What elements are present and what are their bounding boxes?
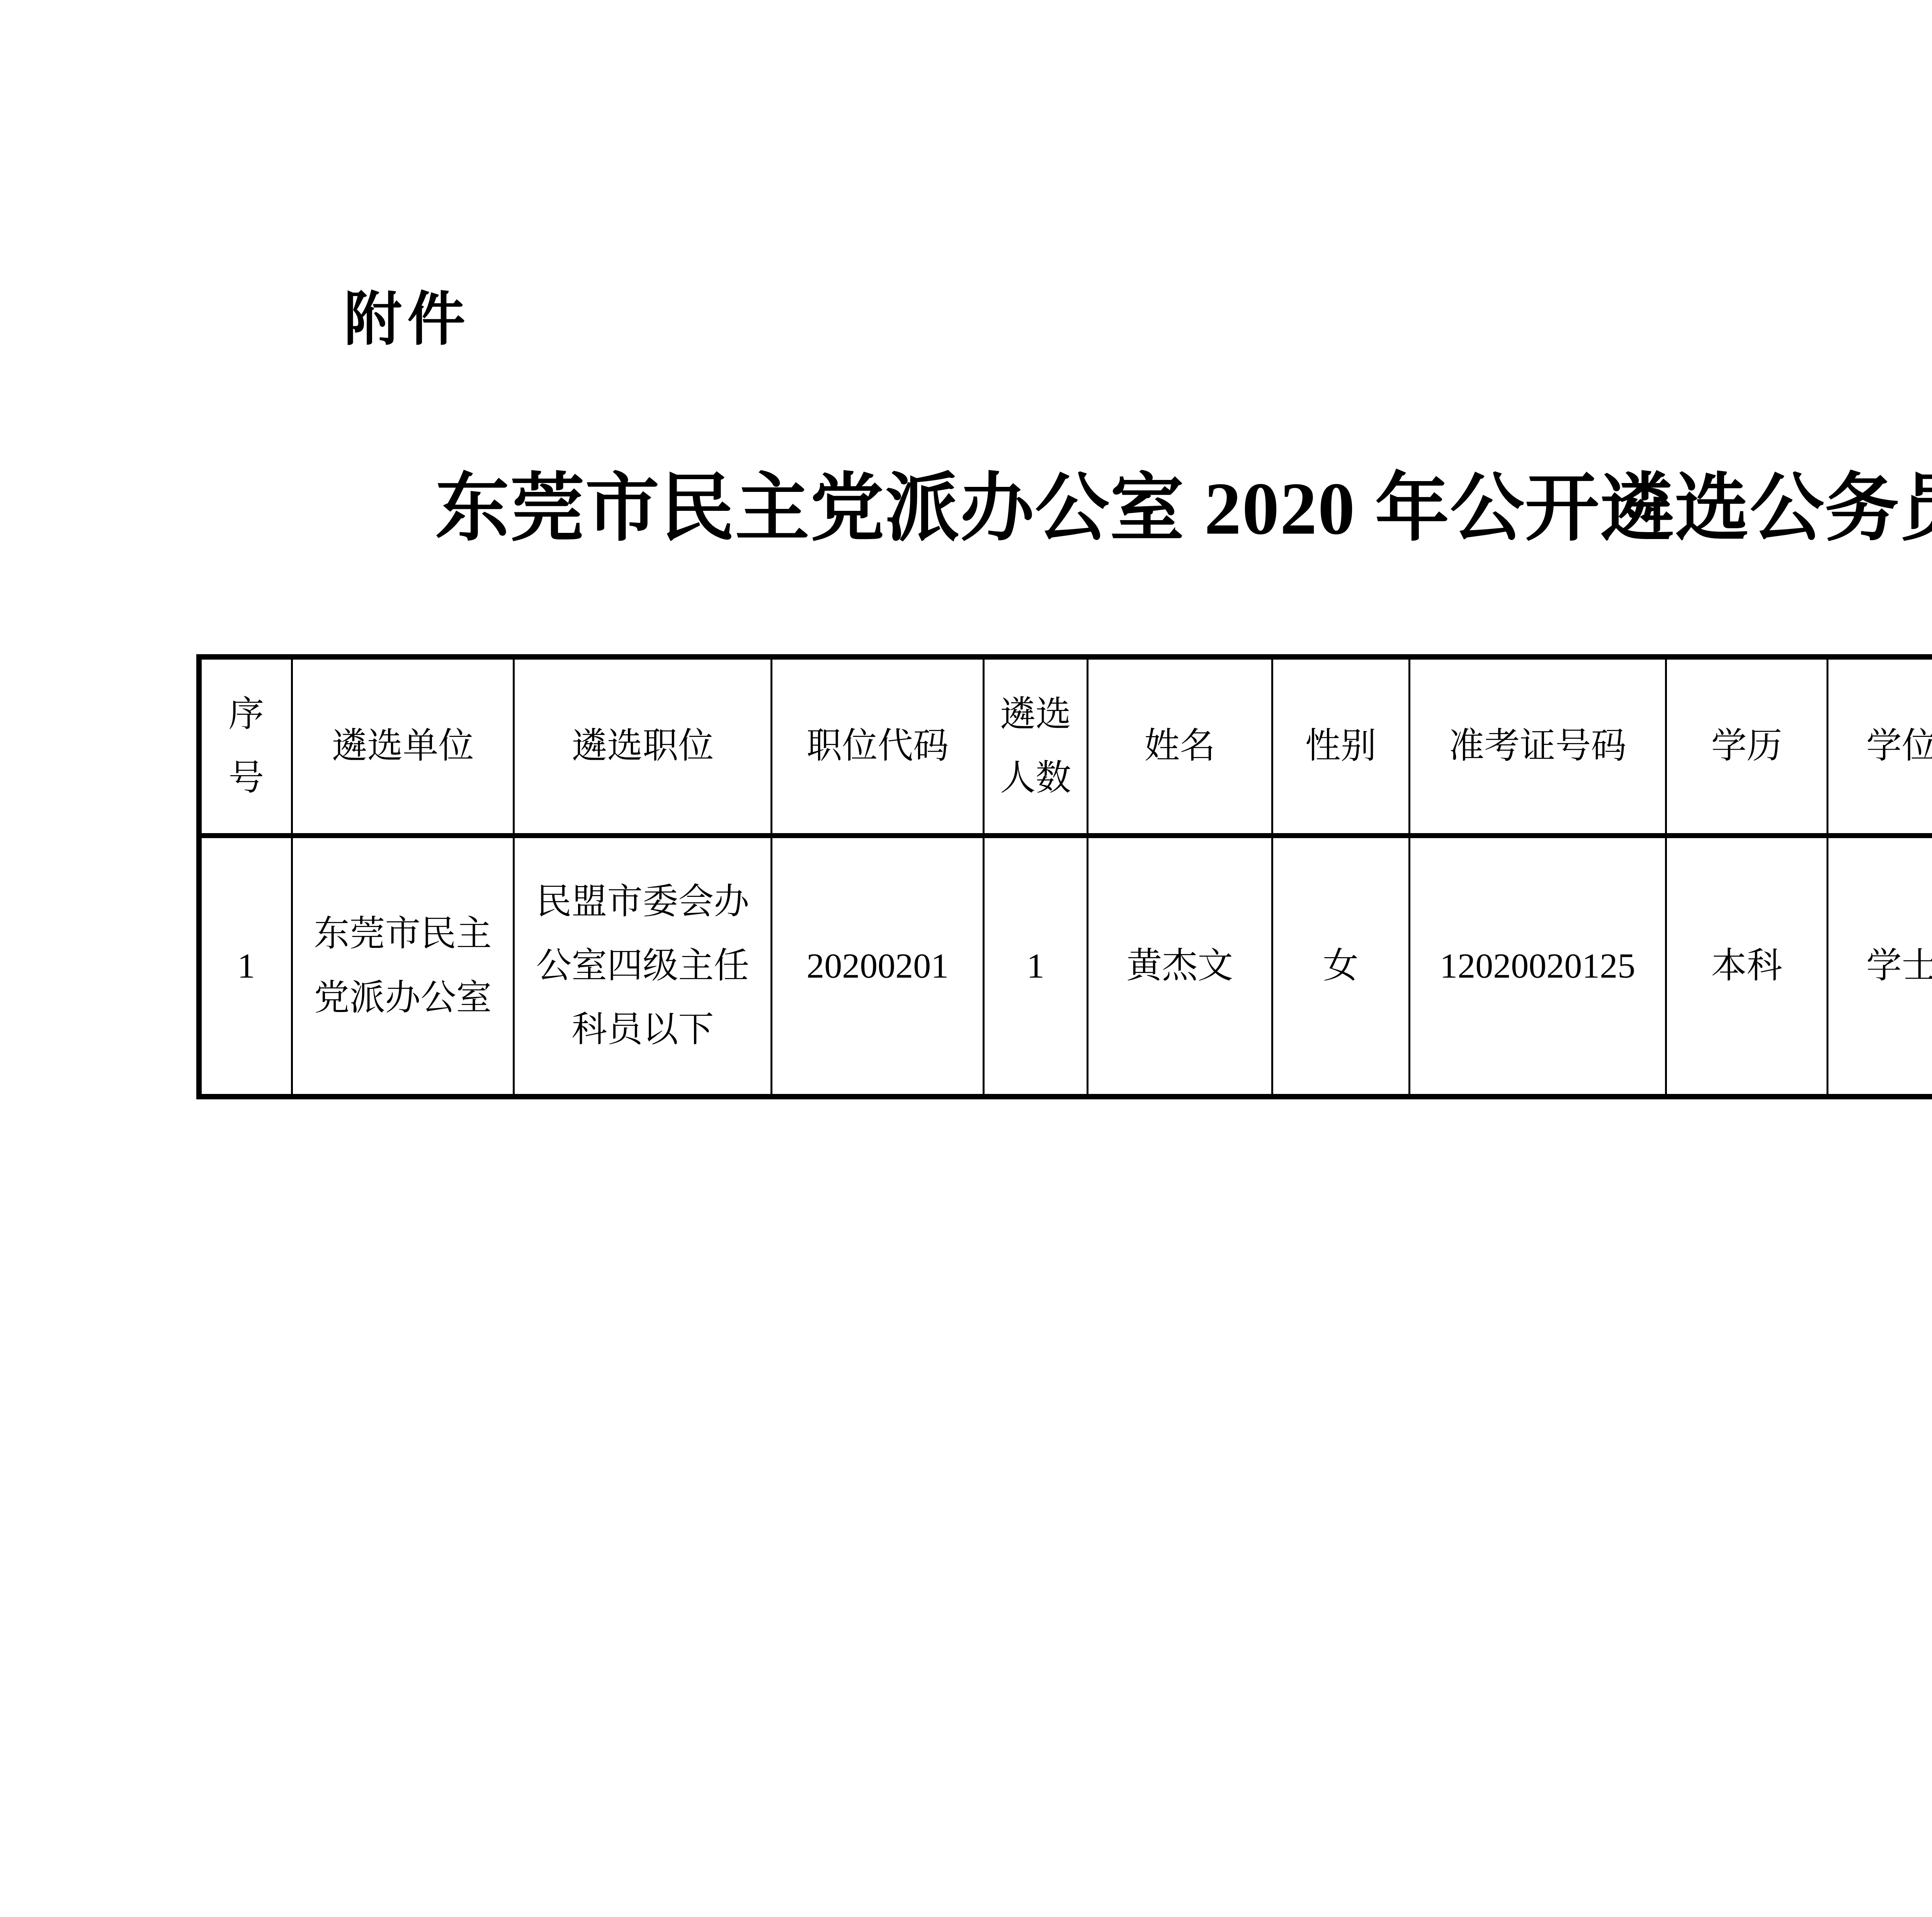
header-gender: 性别 [1272, 657, 1409, 835]
cell-name: 黄杰文 [1087, 835, 1272, 1097]
header-name: 姓名 [1087, 657, 1272, 835]
header-selection-unit: 遴选单位 [292, 657, 514, 835]
attachment-label: 附件 [344, 272, 471, 356]
page-title: 东莞市民主党派办公室 2020 年公开遴选公务员拟转任人选 [0, 448, 1932, 555]
cell-degree: 学士 [1828, 835, 1932, 1097]
candidate-table: 序 号 遴选单位 遴选职位 职位代码 遴选 人数 姓名 性别 准考证号码 学历 … [196, 654, 1932, 1099]
header-selection-position: 遴选职位 [514, 657, 772, 835]
table-data-row: 1 东莞市民主 党派办公室 民盟市委会办 公室四级主任 科员以下 2020020… [199, 835, 1932, 1097]
header-education: 学历 [1666, 657, 1827, 835]
header-ticket-number: 准考证号码 [1409, 657, 1666, 835]
cell-selection-position: 民盟市委会办 公室四级主任 科员以下 [514, 835, 772, 1097]
table-header-row: 序 号 遴选单位 遴选职位 职位代码 遴选 人数 姓名 性别 准考证号码 学历 … [199, 657, 1932, 835]
header-seq-no: 序 号 [199, 657, 292, 835]
cell-selection-count: 1 [984, 835, 1087, 1097]
cell-gender: 女 [1272, 835, 1409, 1097]
cell-ticket-number: 12020020125 [1409, 835, 1666, 1097]
cell-education: 本科 [1666, 835, 1827, 1097]
cell-selection-unit: 东莞市民主 党派办公室 [292, 835, 514, 1097]
header-position-code: 职位代码 [771, 657, 983, 835]
cell-position-code: 20200201 [771, 835, 983, 1097]
header-degree: 学位 [1828, 657, 1932, 835]
header-selection-count: 遴选 人数 [984, 657, 1087, 835]
cell-seq-no: 1 [199, 835, 292, 1097]
